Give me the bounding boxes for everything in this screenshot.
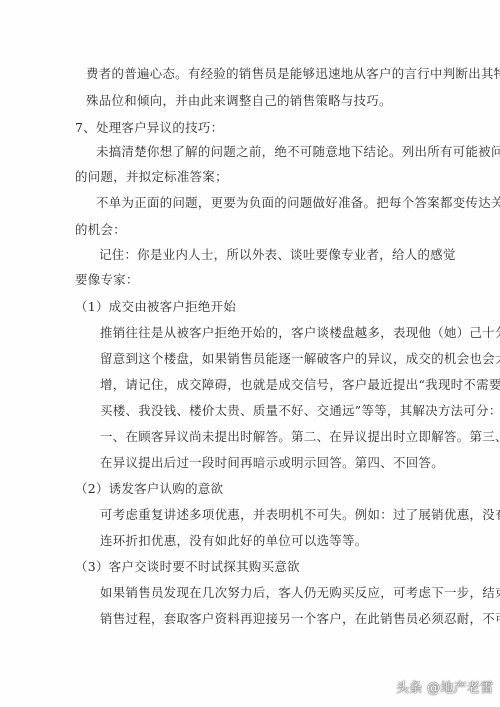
text-line-21: 如果销售员发现在几次努力后，客人仍无购买反应，可考虑下一步，结束 (100, 585, 500, 601)
text-line-1: 费者的普遍心态。有经验的销售员是能够迅速地从客户的言行中判断出其特 (86, 66, 500, 82)
subheading-2: （2）诱发客户认购的意欲 (75, 481, 223, 497)
text-line-22: 销售过程，套取客户资料再迎接另一个客户，在此销售员必须忍耐，不可 (100, 611, 500, 627)
text-line-6: 不单为正面的问题，更要为负面的问题做好准备。把每个答案都变传达关键 (96, 195, 500, 211)
text-line-7: 的机会： (75, 222, 126, 238)
text-line-8: 记住：你是业内人士，所以外表、谈吐要像专业者，给人的感觉 (99, 247, 456, 263)
subheading-3: （3）客户交谈时要不时试探其购买意欲 (75, 559, 300, 575)
text-line-13: 增，请记住，成交障碍，也就是成交信号，客户最近提出“我现时不需要 (100, 377, 500, 393)
text-line-2: 殊品位和倾向，并由此来调整自己的销售策略与技巧。 (86, 93, 392, 109)
text-line-19: 连环折扣优惠，没有如此好的单位可以选等等。 (100, 533, 368, 549)
text-line-16: 在异议提出后过一段时间再暗示或明示回答。第四、不回答。 (100, 455, 444, 471)
text-line-12: 留意到这个楼盘，如果销售员能逐一解破客户的异议，成交的机会也会大 (100, 351, 500, 367)
section-heading-7: 7、处理客户异议的技巧： (75, 120, 223, 136)
watermark: 头条 @地产老雷 (396, 677, 494, 696)
subheading-1: （1）成交由被客户拒绝开始 (75, 299, 236, 315)
text-line-14: 买楼、我没钱、楼价太贵、质量不好、交通远”等等，其解决方法可分：第 (100, 403, 500, 419)
document-page: 费者的普遍心态。有经验的销售员是能够迅速地从客户的言行中判断出其特 殊品位和倾向… (0, 0, 500, 707)
text-line-11: 推销往往是从被客户拒绝开始的，客户谈楼盘越多，表现他（她）己十分 (100, 325, 500, 341)
text-line-18: 可考虑重复讲述多项优惠，并表明机不可失。例如：过了展销优惠，没有 (100, 507, 500, 523)
text-line-15: 一、在顾客异议尚未提出时解答。第二、在异议提出时立即解答。第三、 (100, 429, 500, 445)
text-line-9: 要像专家： (75, 272, 139, 288)
text-line-4: 未搞清楚你想了解的问题之前，绝不可随意地下结论。列出所有可能被问及 (96, 144, 500, 160)
text-line-5: 的问题，并拟定标准答案； (75, 169, 228, 185)
